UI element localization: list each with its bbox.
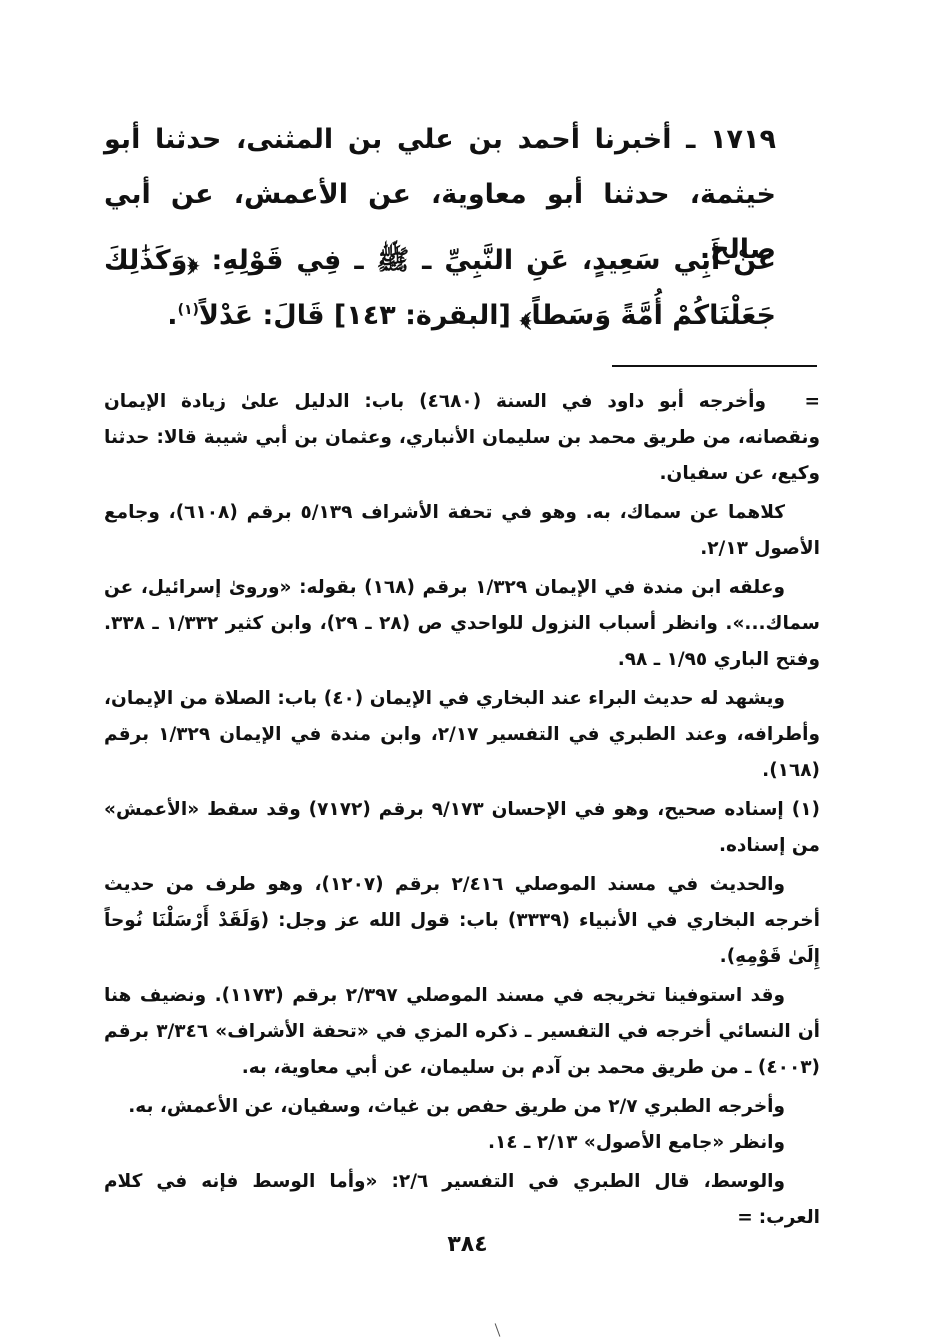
scan-artifact	[495, 1323, 501, 1336]
footnote-separator	[612, 365, 817, 367]
matn-paragraph: عَنْ أَبِي سَعِيدٍ، عَنِ النَّبِيِّ ـ ﷺ …	[104, 233, 818, 343]
footnote-1-paragraph: (١)إسناده صحيح، وهو في الإحسان ٩/١٧٣ برق…	[104, 792, 820, 864]
matn-text: عَنْ أَبِي سَعِيدٍ، عَنِ النَّبِيِّ ـ ﷺ …	[104, 245, 776, 331]
hadith-matn: عَنْ أَبِي سَعِيدٍ، عَنِ النَّبِيِّ ـ ﷺ …	[104, 233, 818, 343]
continuation-mark-end: =	[737, 1207, 753, 1228]
footnote-marker-1[interactable]: (١)	[178, 302, 199, 318]
footnote-continued-paragraph: =وأخرجه أبو داود في السنة (٤٦٨٠) باب: ال…	[104, 384, 820, 492]
footnote-1-number: (١)	[792, 792, 820, 828]
page-number: ٣٨٤	[0, 1232, 935, 1257]
footnote-1-last-paragraph: والوسط، قال الطبري في التفسير ٢/٦: «وأما…	[104, 1164, 820, 1236]
footnote-1-paragraph: والحديث في مسند الموصلي ٢/٤١٦ برقم (١٢٠٧…	[104, 867, 820, 975]
footnotes: =وأخرجه أبو داود في السنة (٤٦٨٠) باب: ال…	[104, 384, 820, 1239]
footnote-1-paragraph: وأخرجه الطبري ٢/٧ من طريق حفص بن غياث، و…	[104, 1089, 820, 1125]
book-page: ١٧١٩ ـ أخبرنا أحمد بن علي بن المثنى، حدث…	[0, 0, 935, 1337]
footnote-continued-paragraph: وعلقه ابن مندة في الإيمان ١/٣٢٩ برقم (١٦…	[104, 570, 820, 678]
footnote-1-paragraph: وانظر «جامع الأصول» ٢/١٣ ـ ١٤.	[104, 1125, 820, 1161]
footnote-continued-paragraph: ويشهد له حديث البراء عند البخاري في الإي…	[104, 681, 820, 789]
continuation-mark: =	[780, 384, 820, 420]
footnote-1-paragraph: وقد استوفينا تخريجه في مسند الموصلي ٢/٣٩…	[104, 978, 820, 1086]
footnote-continued-paragraph: كلاهما عن سماك، به. وهو في تحفة الأشراف …	[104, 495, 820, 567]
matn-end: .	[167, 300, 177, 331]
